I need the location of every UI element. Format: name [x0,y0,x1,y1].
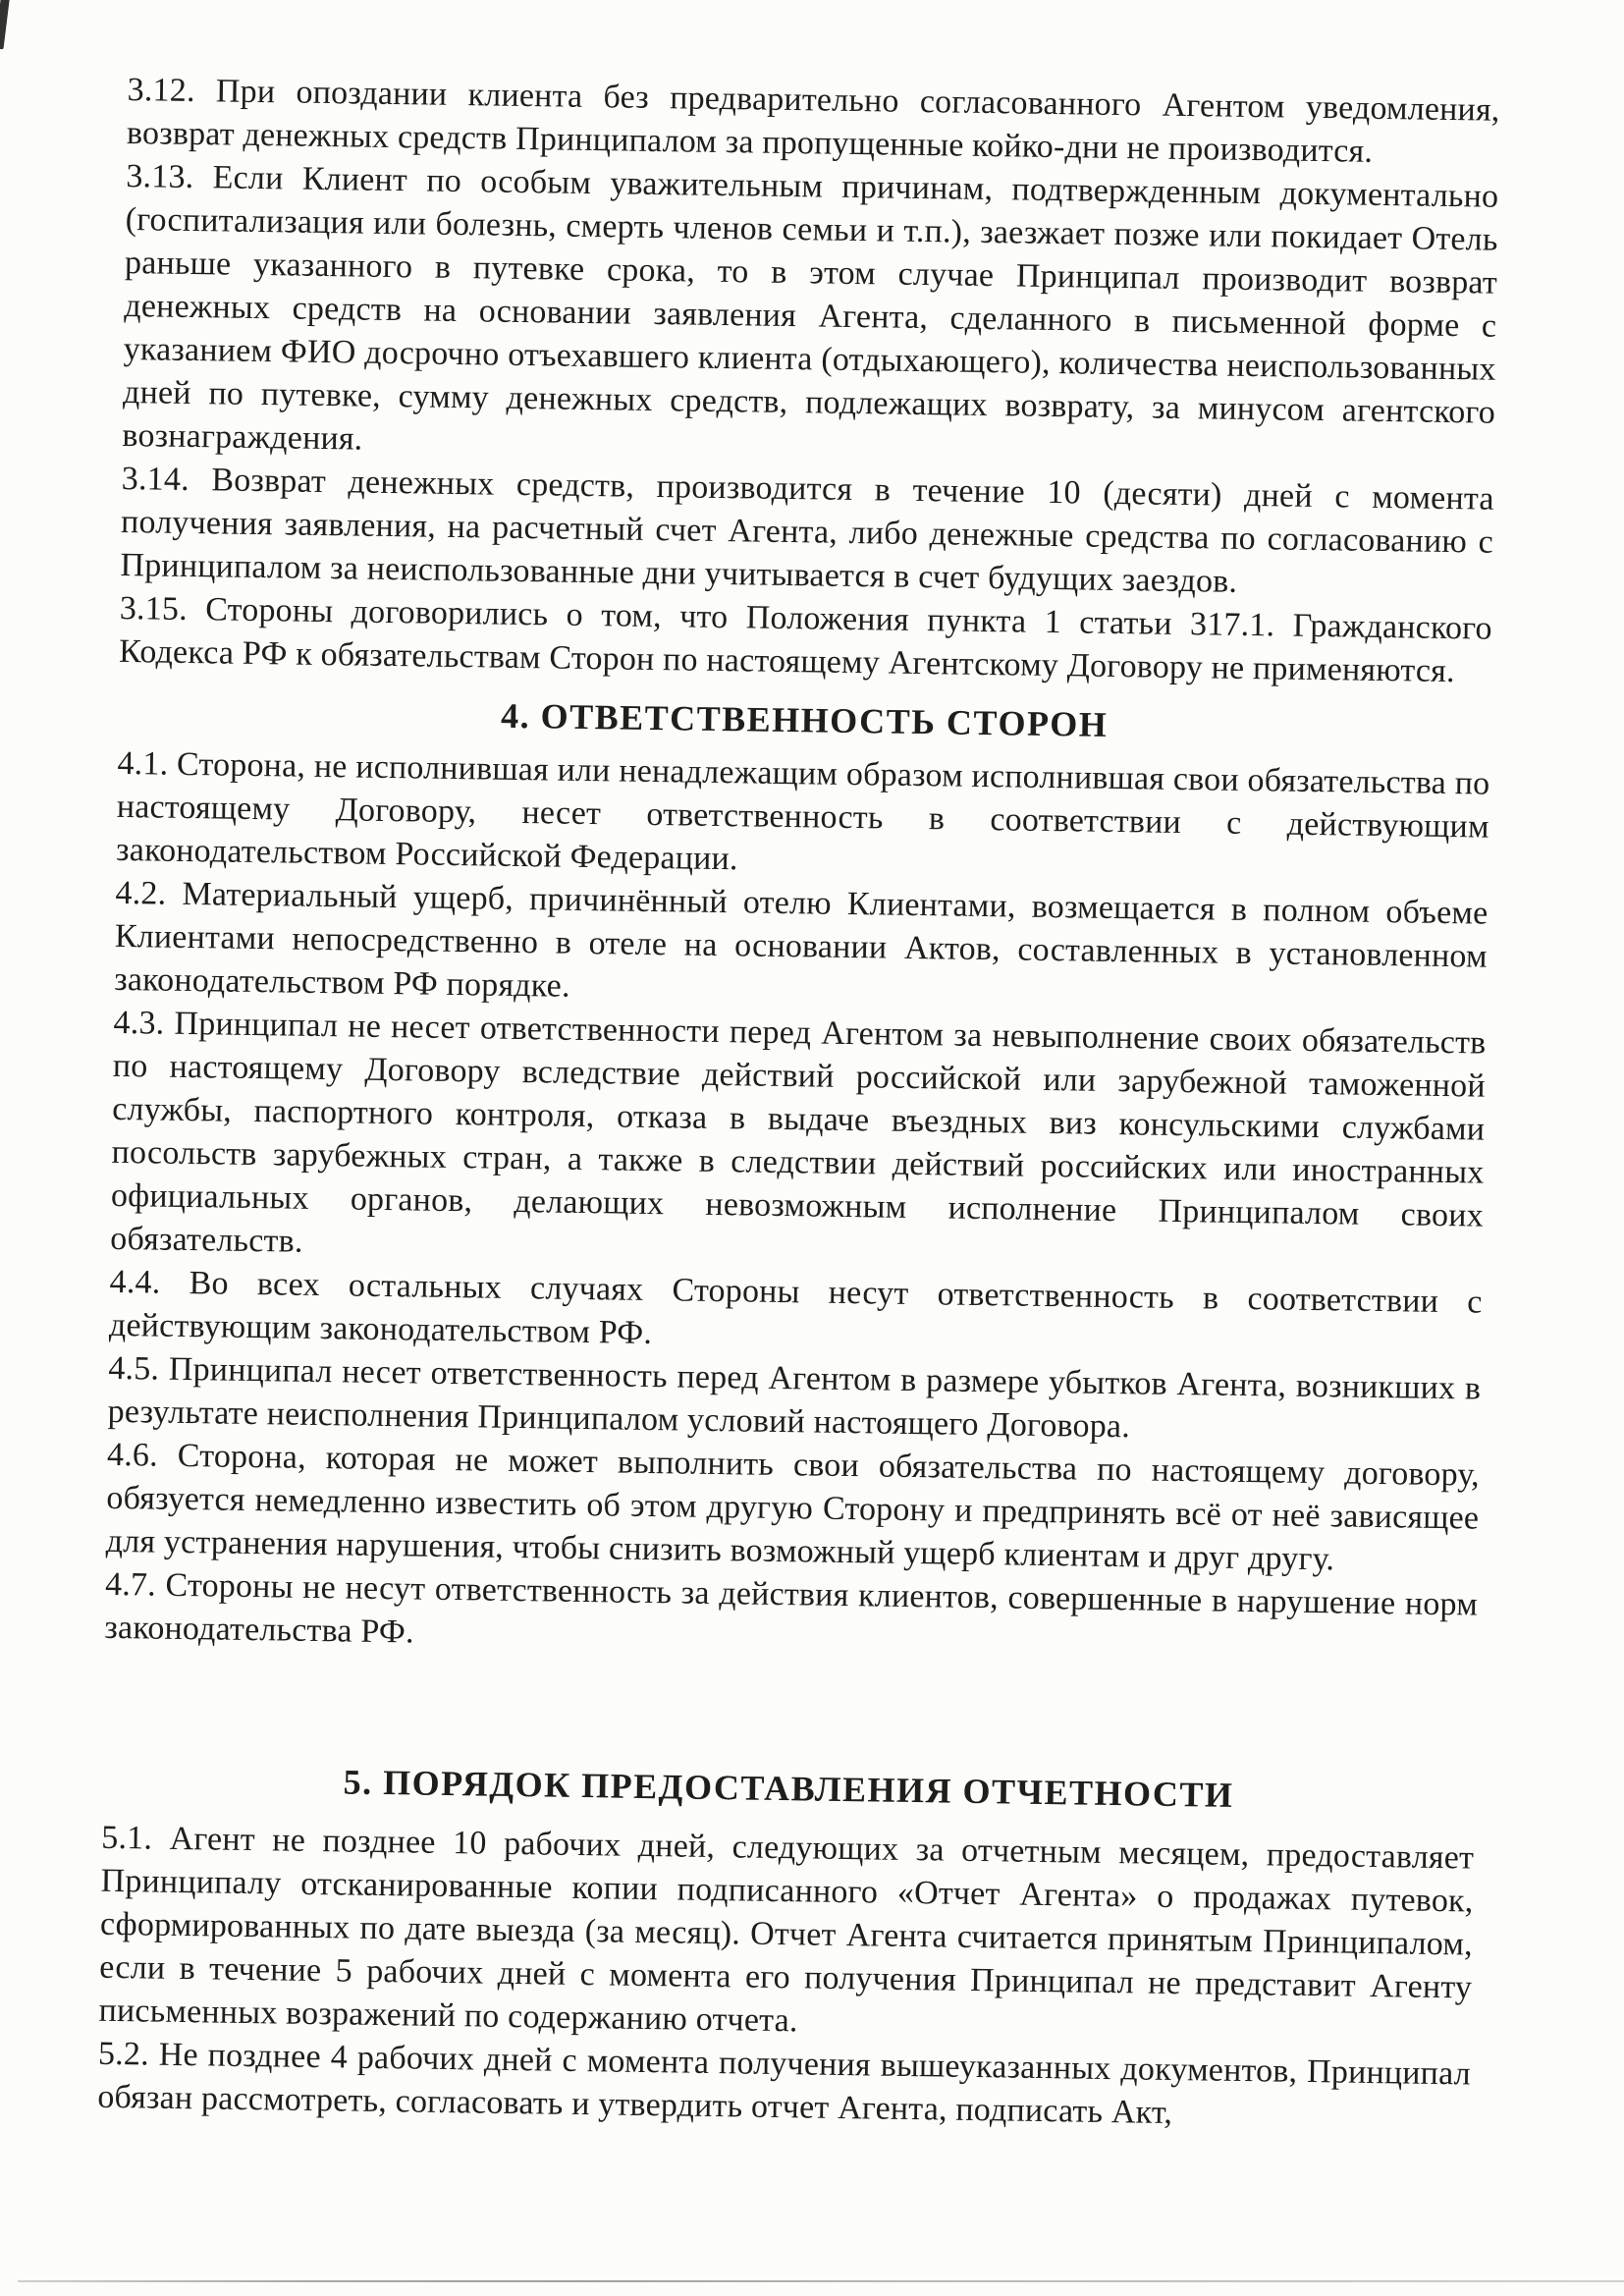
section-5-heading: 5. ПОРЯДОК ПРЕДОСТАВЛЕНИЯ ОТЧЕТНОСТИ [102,1756,1476,1822]
clause-3-13: 3.13. Если Клиент по особым уважительным… [122,155,1498,478]
scan-edge-line [18,2280,1624,2282]
clause-5-1: 5.1. Агент не позднее 10 рабочих дней, с… [98,1817,1474,2053]
scan-artifact-mark [0,0,11,49]
section-4-heading: 4. ОТВЕТСТВЕННОСТЬ СТОРОН [118,687,1491,753]
clause-4-1: 4.1. Сторона, не исполнившая или ненадле… [116,742,1490,893]
clause-4-6: 4.6. Сторона, которая не может выполнить… [105,1434,1480,1584]
clause-4-3: 4.3. Принципал не несет ответственности … [110,1002,1487,1282]
scanned-contract-page: 3.12. При опоздании клиента без предвари… [0,0,1624,2296]
contract-text-block: 3.12. При опоздании клиента без предвари… [97,69,1500,2140]
clause-4-2: 4.2. Материальный ущерб, причинённый оте… [114,872,1489,1022]
clause-3-14: 3.14. Возврат денежных средств, производ… [120,458,1494,608]
